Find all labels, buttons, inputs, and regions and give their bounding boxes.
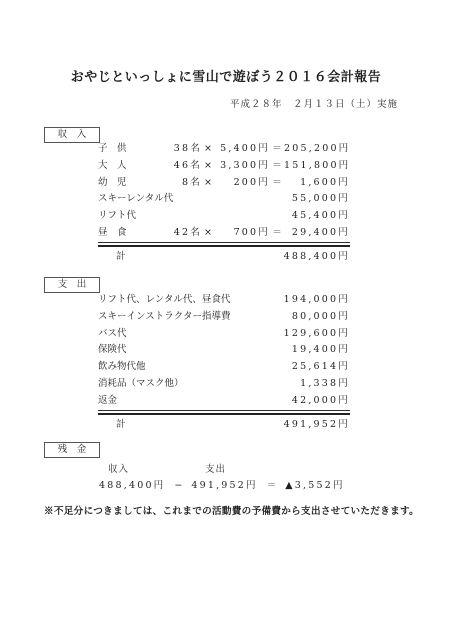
expense-rows: リフト代、レンタル代、昼食代 194,000円 スキーインストラクター指導費 8… [98, 292, 350, 411]
income-item-label: リフト代 [98, 208, 162, 225]
equals-sign: ＝ [270, 141, 284, 158]
balance-result-amount: ▲3,552円 [285, 477, 344, 491]
expense-item-label: 飲み物代他 [98, 359, 146, 376]
expense-item-label: 返金 [98, 393, 117, 410]
minus-sign: − [174, 480, 182, 491]
expense-item-amount: 129,600円 [284, 326, 350, 343]
income-item-label: 昼 食 [98, 225, 162, 242]
expense-table: リフト代、レンタル代、昼食代 194,000円 スキーインストラクター指導費 8… [98, 292, 350, 431]
expense-total-amount: 491,952円 [284, 418, 350, 431]
income-item-count: 46名 [162, 158, 202, 175]
multiply-sign: × [202, 225, 214, 242]
income-item-amount: 151,800円 [284, 158, 350, 175]
balance-expense-label: 支出 [205, 461, 226, 475]
expense-item-amount: 25,614円 [292, 359, 350, 376]
balance-income-label: 収入 [108, 461, 129, 475]
income-total-row: 計 488,400円 [98, 245, 350, 263]
income-item-amount: 29,400円 [284, 225, 350, 242]
income-item-amount: 55,000円 [284, 191, 350, 208]
expense-total-row: 計 491,952円 [98, 413, 350, 431]
footer-note: ※不足分につきましては、これまでの活動費の予備費から支出させていただきます。 [44, 503, 442, 517]
expense-item-amount: 194,000円 [284, 292, 350, 309]
table-row: 消耗品（マスク他） 1,338円 [98, 376, 350, 393]
equals-sign: ＝ [267, 477, 277, 491]
income-item-count: 38名 [162, 141, 202, 158]
table-row: 返金 42,000円 [98, 393, 350, 410]
balance-expense-amount: 491,952円 [191, 477, 257, 491]
income-item-price: 200円 [214, 175, 270, 192]
section-box-balance: 残 金 [44, 442, 100, 458]
expense-item-label: 保険代 [98, 342, 127, 359]
event-date: 平成２８年 ２月１３日（土）実施 [230, 96, 398, 110]
income-item-price: 700円 [214, 225, 270, 242]
income-item-count: 42名 [162, 225, 202, 242]
income-total-amount: 488,400円 [284, 250, 350, 263]
income-item-amount: 205,200円 [284, 141, 350, 158]
multiply-sign: × [202, 141, 214, 158]
table-row: スキーレンタル代 55,000円 [98, 191, 350, 208]
table-row: 飲み物代他 25,614円 [98, 359, 350, 376]
income-item-amount: 1,600円 [284, 175, 350, 192]
multiply-sign: × [202, 158, 214, 175]
expense-item-label: リフト代、レンタル代、昼食代 [98, 292, 230, 309]
section-box-expense: 支 出 [44, 277, 100, 293]
income-item-price: 5,400円 [214, 141, 270, 158]
table-row: 大 人 46名 × 3,300円 ＝ 151,800円 [98, 158, 350, 175]
expense-item-amount: 80,000円 [292, 309, 350, 326]
income-item-label: 大 人 [98, 158, 162, 175]
expense-item-amount: 1,338円 [300, 376, 350, 393]
equals-sign: ＝ [270, 175, 284, 192]
income-item-price: 3,300円 [214, 158, 270, 175]
income-table: 子 供 38名 × 5,400円 ＝ 205,200円 大 人 46名 × 3,… [98, 141, 350, 263]
table-row: 保険代 19,400円 [98, 342, 350, 359]
table-row: 昼 食 42名 × 700円 ＝ 29,400円 [98, 225, 350, 242]
expense-item-label: 消耗品（マスク他） [98, 376, 184, 393]
equals-sign: ＝ [270, 158, 284, 175]
table-row: 幼 児 8名 × 200円 ＝ 1,600円 [98, 175, 350, 192]
expense-item-amount: 19,400円 [292, 342, 350, 359]
expense-item-amount: 42,000円 [292, 393, 350, 410]
accounting-report-page: おやじといっしょに雪山で遊ぼう２０１６会計報告 平成２８年 ２月１３日（土）実施… [0, 0, 452, 640]
income-item-amount: 45,400円 [284, 208, 350, 225]
table-row: 子 供 38名 × 5,400円 ＝ 205,200円 [98, 141, 350, 158]
section-box-income: 収 入 [44, 127, 100, 143]
page-title: おやじといっしょに雪山で遊ぼう２０１６会計報告 [0, 66, 452, 85]
income-item-label: スキーレンタル代 [98, 191, 162, 208]
income-item-count: 8名 [162, 175, 202, 192]
table-row: スキーインストラクター指導費 80,000円 [98, 309, 350, 326]
balance-equation: 488,400円 − 491,952円 ＝ ▲3,552円 [99, 477, 345, 491]
income-total-label: 計 [116, 250, 126, 263]
table-row: リフト代 45,400円 [98, 208, 350, 225]
income-item-label: 子 供 [98, 141, 162, 158]
balance-income-amount: 488,400円 [99, 477, 165, 491]
equals-sign: ＝ [270, 225, 284, 242]
table-row: バス代 129,600円 [98, 326, 350, 343]
multiply-sign: × [202, 175, 214, 192]
expense-item-label: スキーインストラクター指導費 [98, 309, 231, 326]
expense-item-label: バス代 [98, 326, 127, 343]
income-item-label: 幼 児 [98, 175, 162, 192]
table-row: リフト代、レンタル代、昼食代 194,000円 [98, 292, 350, 309]
expense-total-label: 計 [116, 418, 126, 431]
income-rows: 子 供 38名 × 5,400円 ＝ 205,200円 大 人 46名 × 3,… [98, 141, 350, 243]
